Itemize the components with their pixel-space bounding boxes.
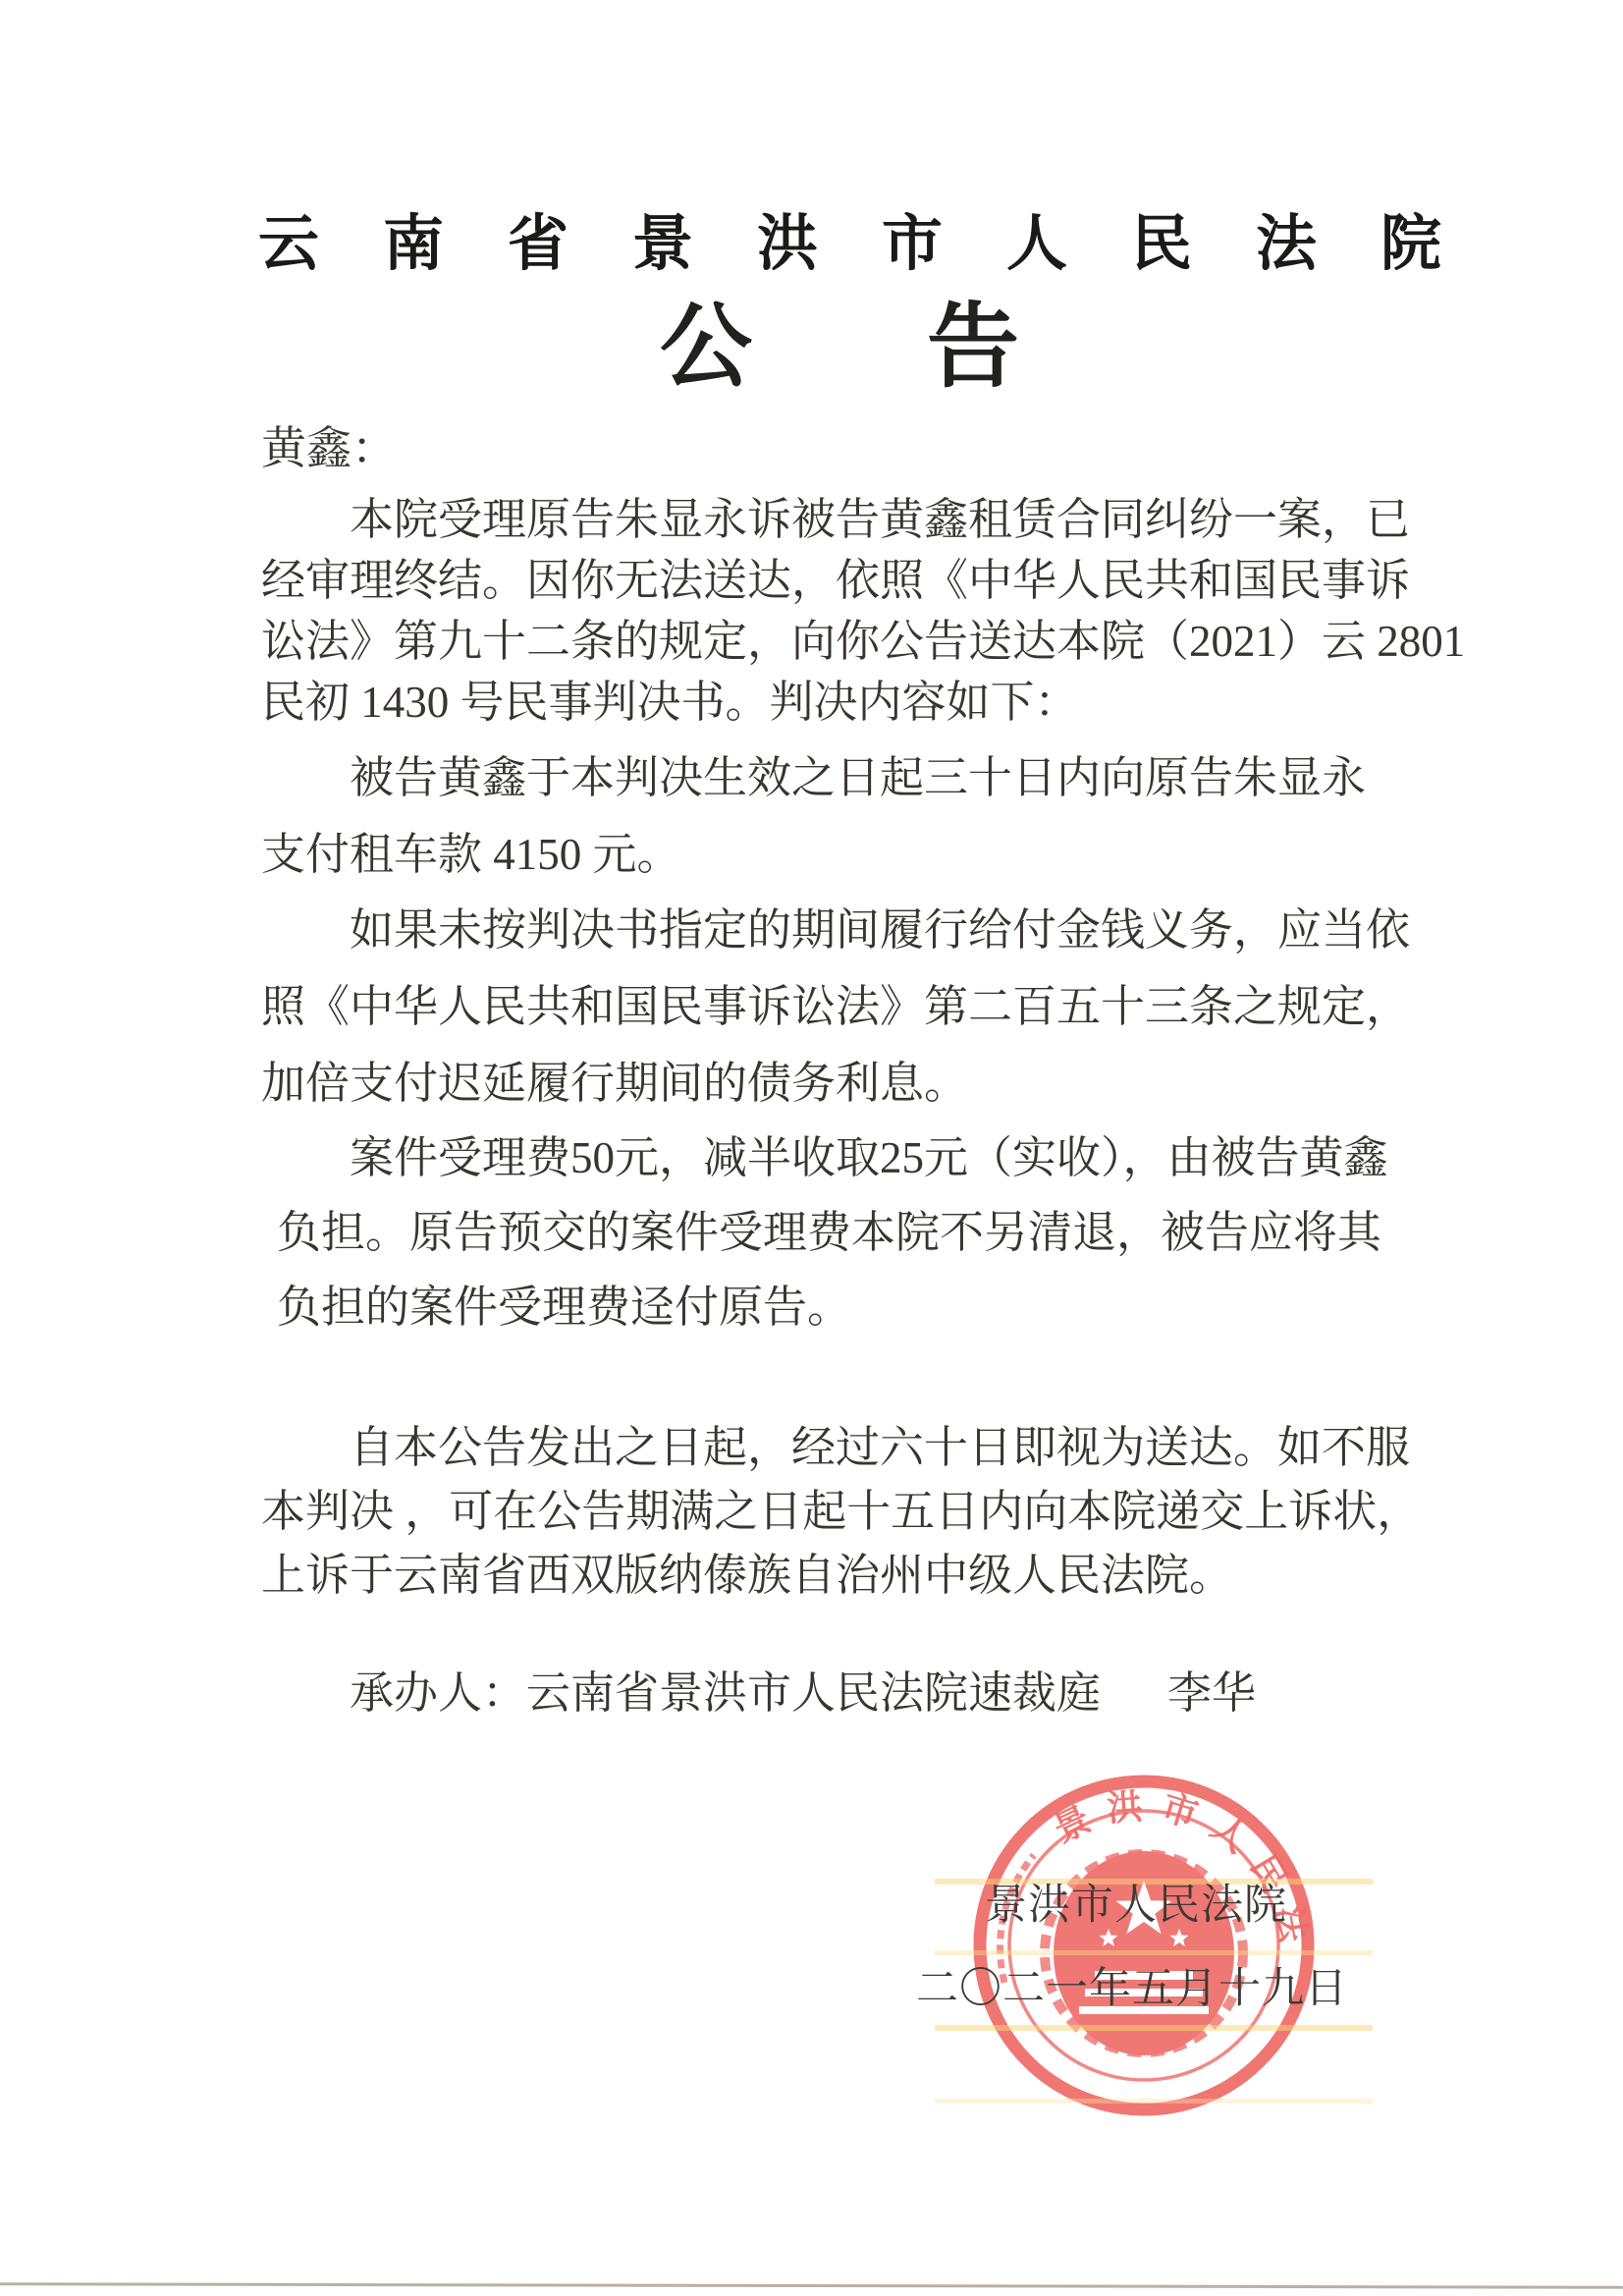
document-line: 本院受理原告朱显永诉被告黄鑫租赁合同纠纷一案，已 — [261, 489, 1498, 550]
court-title: 云南省景洪市人民法院 — [258, 212, 1505, 277]
salutation: 黄鑫： — [261, 423, 397, 474]
document-line: 被告黄鑫于本判决生效之日起三十日内向原告朱显永 — [261, 739, 1498, 816]
paragraph-late-payment-clause: 如果未按判决书指定的期间履行给付金钱义务，应当依 照《中华人民共和国民事诉讼法》… — [261, 892, 1498, 1121]
case-handler-line: 承办人：云南省景洪市人民法院速裁庭李华 — [261, 1666, 1256, 1721]
document-line: 本判决 ，可在公告期满之日起十五日内向本院递交上诉状， — [261, 1480, 1498, 1544]
handler-label: 承办人：云南省景洪市人民法院速裁庭 — [261, 1668, 1101, 1718]
document-type-heading: 公告 — [660, 298, 1194, 396]
document-line: 负担的案件受理费迳付原告。 — [277, 1270, 1498, 1344]
signature-court-name: 景洪市人民法院 — [985, 1882, 1287, 1931]
document-line: 支付租车款 4150 元。 — [261, 816, 1498, 893]
handler-name: 李华 — [1167, 1668, 1256, 1718]
document-line: 民初 1430 号民事判决书。判决内容如下： — [261, 672, 1498, 733]
scanned-court-announcement-page: 云南省景洪市人民法院 公告 黄鑫： 本院受理原告朱显永诉被告黄鑫租赁合同纠纷一案… — [0, 0, 1623, 2296]
paragraph-case-acceptance: 本院受理原告朱显永诉被告黄鑫租赁合同纠纷一案，已 经审理终结。因你无法送达，依照… — [261, 489, 1498, 733]
paragraph-judgment-content: 被告黄鑫于本判决生效之日起三十日内向原告朱显永 支付租车款 4150 元。 — [261, 739, 1498, 893]
document-line: 负担。原告预交的案件受理费本院不另清退，被告应将其 — [277, 1195, 1498, 1270]
paragraph-appeal-rights: 自本公告发出之日起，经过六十日即视为送达。如不服 本判决 ，可在公告期满之日起十… — [261, 1416, 1498, 1608]
document-line: 加倍支付迟延履行期间的债务利息。 — [261, 1045, 1498, 1121]
document-line: 经审理终结。因你无法送达，依照《中华人民共和国民事诉 — [261, 550, 1498, 611]
document-line: 案件受理费50元，减半收取25元（实收），由被告黄鑫 — [261, 1121, 1498, 1195]
document-line: 自本公告发出之日起，经过六十日即视为送达。如不服 — [261, 1416, 1498, 1480]
signature-date: 二〇二一年五月十九日 — [916, 1965, 1348, 2014]
scan-edge-line — [0, 2282, 1623, 2288]
document-line: 讼法》第九十二条的规定，向你公告送达本院（2021）云 2801 — [261, 611, 1498, 672]
document-line: 照《中华人民共和国民事诉讼法》第二百五十三条之规定， — [261, 968, 1498, 1045]
paragraph-court-fees: 案件受理费50元，减半收取25元（实收），由被告黄鑫 负担。原告预交的案件受理费… — [261, 1121, 1498, 1344]
document-line: 上诉于云南省西双版纳傣族自治州中级人民法院。 — [261, 1544, 1498, 1608]
document-line: 如果未按判决书指定的期间履行给付金钱义务，应当依 — [261, 892, 1498, 968]
official-seal-stamp: 景洪市人民法院 — [955, 1765, 1333, 2133]
